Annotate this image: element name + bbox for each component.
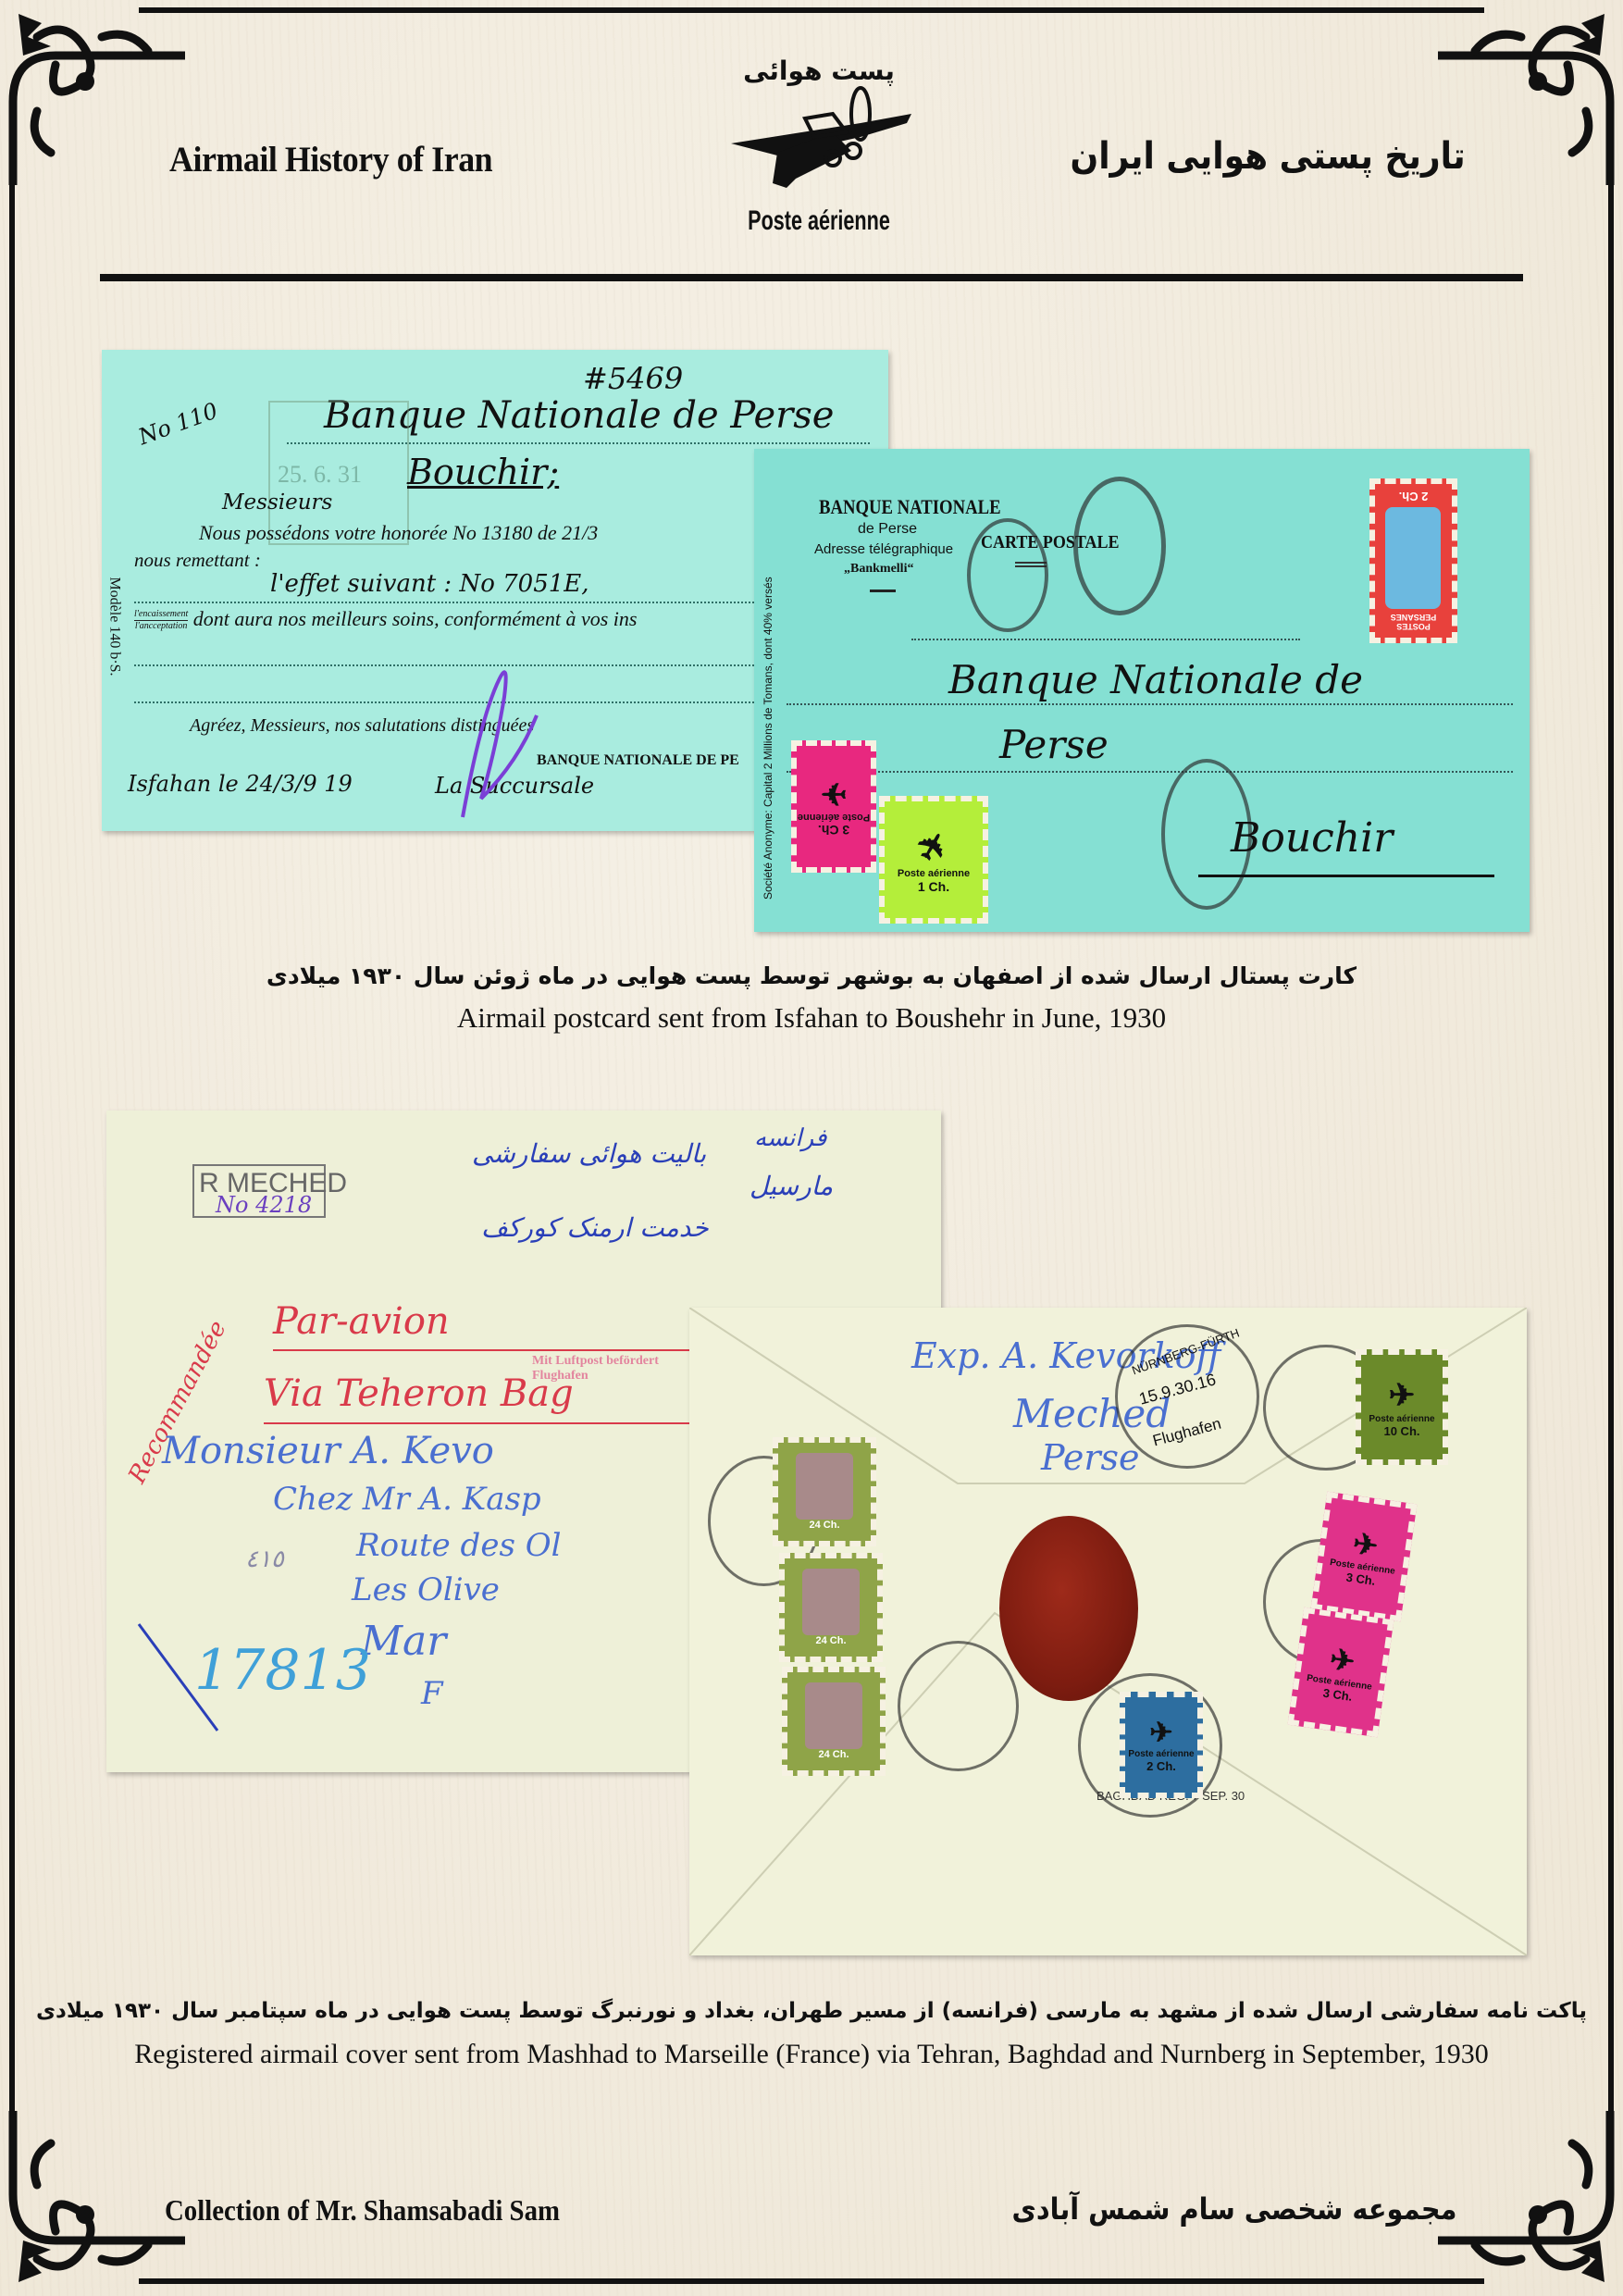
- postcard-bank-name: BANQUE NATIONALE: [819, 495, 1001, 519]
- postcard-telegraph: Adresse télégraphique: [814, 541, 953, 557]
- receipt-city: Bouchir;: [407, 452, 559, 492]
- stamp-3ch-airmail: ✈ Poste aérienne 3 Ch.: [1288, 1607, 1394, 1737]
- logo-text-en: Poste aérienne: [742, 205, 896, 237]
- persian-address-2: مارسیل: [750, 1171, 833, 1201]
- date-stamp-text: 25. 6. 31: [278, 461, 362, 489]
- ornament-corner-icon: [1438, 2111, 1623, 2296]
- receipt-salutation: Messieurs: [222, 490, 332, 515]
- stamp-3ch-airmail: ✈ Poste aérienne 3 Ch.: [1311, 1492, 1418, 1621]
- airplane-icon: ✈: [1351, 1525, 1381, 1563]
- frame-top-border: [139, 7, 1484, 13]
- blue-slash-mark: [134, 1620, 227, 1740]
- receipt-line-4: l'encaissement l'ancceptation dont aura …: [134, 607, 637, 632]
- stamp-24ch: 24 Ch.: [773, 1437, 876, 1546]
- frame-right-border: [1608, 139, 1614, 2156]
- persian-address-4: خدمت ارمنک کورکف: [481, 1212, 709, 1243]
- caption-2-en: Registered airmail cover sent from Mashh…: [0, 2039, 1623, 2070]
- airplane-icon: [722, 86, 916, 197]
- collection-credit-fa: مجموعه شخصی سام شمس آبادی: [1011, 2191, 1456, 2227]
- persian-address-3: بالیت هوائی سفارشی: [472, 1138, 706, 1169]
- envelope-back: Exp. A. Kevorkoff Meched Perse NÜRNBERG-…: [689, 1308, 1527, 1955]
- caption-1-fa: کارت پستال ارسال شده از اصفهان به بوشهر …: [0, 962, 1623, 989]
- recipient-line-4: Les Olive: [352, 1571, 500, 1608]
- stamp-1ch-airmail: ✈ Poste aérienne 1 Ch.: [879, 796, 988, 924]
- recipient-line-2: Chez Mr A. Kasp: [273, 1481, 541, 1518]
- postmark-meched: [898, 1641, 1019, 1771]
- receipt-bank-sign: BANQUE NATIONALE DE PE: [537, 752, 739, 769]
- receipt-line-1: Nous possédons votre honorée No 13180 de…: [199, 521, 598, 545]
- airplane-icon: ✈: [821, 776, 848, 813]
- ornament-corner-icon: [1438, 0, 1623, 185]
- receipt-fraction: l'encaissement l'ancceptation: [134, 609, 188, 632]
- par-avion-label: Par-avion: [273, 1300, 450, 1343]
- airplane-icon: ✈: [908, 823, 960, 871]
- collection-credit-en: Collection of Mr. Shamsabadi Sam: [165, 2193, 560, 2228]
- postcard-bank-sub: de Perse: [858, 521, 917, 538]
- caption-2-fa: پاکت نامه سفارشی ارسال شده از مشهد به ما…: [0, 1999, 1623, 2023]
- stamp-24ch: 24 Ch.: [782, 1667, 886, 1776]
- stamp-24ch: 24 Ch.: [779, 1553, 883, 1662]
- postcard: Société Anonyme: Capital 2 Millions de T…: [754, 449, 1530, 932]
- postmark: [1073, 477, 1166, 615]
- stamp-10ch-airmail: ✈ Poste aérienne 10 Ch.: [1356, 1349, 1448, 1465]
- header-divider: [100, 274, 1523, 281]
- postcard-address-2: Perse: [999, 722, 1109, 767]
- airplane-icon: ✈: [1389, 1377, 1416, 1414]
- airplane-icon: ✈: [1149, 1717, 1172, 1749]
- receipt-line-2: nous remettant :: [134, 549, 261, 572]
- postmark: [967, 518, 1048, 632]
- postcard-side-text: Société Anonyme: Capital 2 Millions de T…: [762, 474, 774, 900]
- stamp-2ch-airmail: ✈ Poste aérienne 2 Ch.: [1120, 1692, 1203, 1798]
- ornament-corner-icon: [0, 2111, 185, 2296]
- airmail-logo: پست هوائی Poste aérienne: [712, 56, 925, 268]
- sender-line-3: Perse: [1041, 1437, 1140, 1478]
- persian-address-1: فرانسه: [754, 1124, 826, 1152]
- signature-scribble: [444, 660, 555, 826]
- receipt-model: Modèle 140 b·S.: [106, 577, 123, 676]
- recipient-line-1: Monsieur A. Kevo: [162, 1430, 494, 1472]
- recipient-line-5: Mar: [361, 1618, 446, 1665]
- stamp-3ch-airmail: 3 Ch. Poste aérienne ✈: [791, 740, 876, 873]
- receipt-no-label: No 110: [135, 398, 221, 451]
- receipt-place-date: Isfahan le 24/3/9 19: [128, 771, 353, 797]
- via-route-label: Via Teheron Bag: [264, 1372, 574, 1415]
- registration-number: No 4218: [216, 1192, 312, 1218]
- stamp-2ch: POSTES PERSANES 2 Ch.: [1369, 478, 1457, 643]
- receipt-line-3: l'effet suivant : No 7051E,: [270, 570, 589, 598]
- logo-text-fa: پست هوائی: [712, 56, 925, 86]
- frame-left-border: [9, 139, 15, 2156]
- recipient-line-6: F: [421, 1675, 443, 1712]
- airplane-icon: ✈: [1328, 1641, 1357, 1679]
- postcard-telegraph-name: „Bankmelli“: [844, 562, 913, 577]
- receipt-number: #5469: [583, 361, 683, 396]
- postcard-address-3: Bouchir: [1231, 814, 1393, 862]
- frame-bottom-border: [139, 2278, 1484, 2284]
- wax-seal: [999, 1516, 1138, 1701]
- postcard-address-1: Banque Nationale de: [948, 657, 1363, 702]
- recipient-line-3: Route des Ol: [356, 1527, 561, 1564]
- caption-1-en: Airmail postcard sent from Isfahan to Bo…: [0, 1001, 1623, 1035]
- pencil-note: ٤١٥: [245, 1545, 284, 1573]
- page-title-fa: تاریخ پستی هوایی ایران: [1071, 135, 1466, 178]
- ornament-corner-icon: [0, 0, 185, 185]
- page-title-en: Airmail History of Iran: [169, 139, 492, 180]
